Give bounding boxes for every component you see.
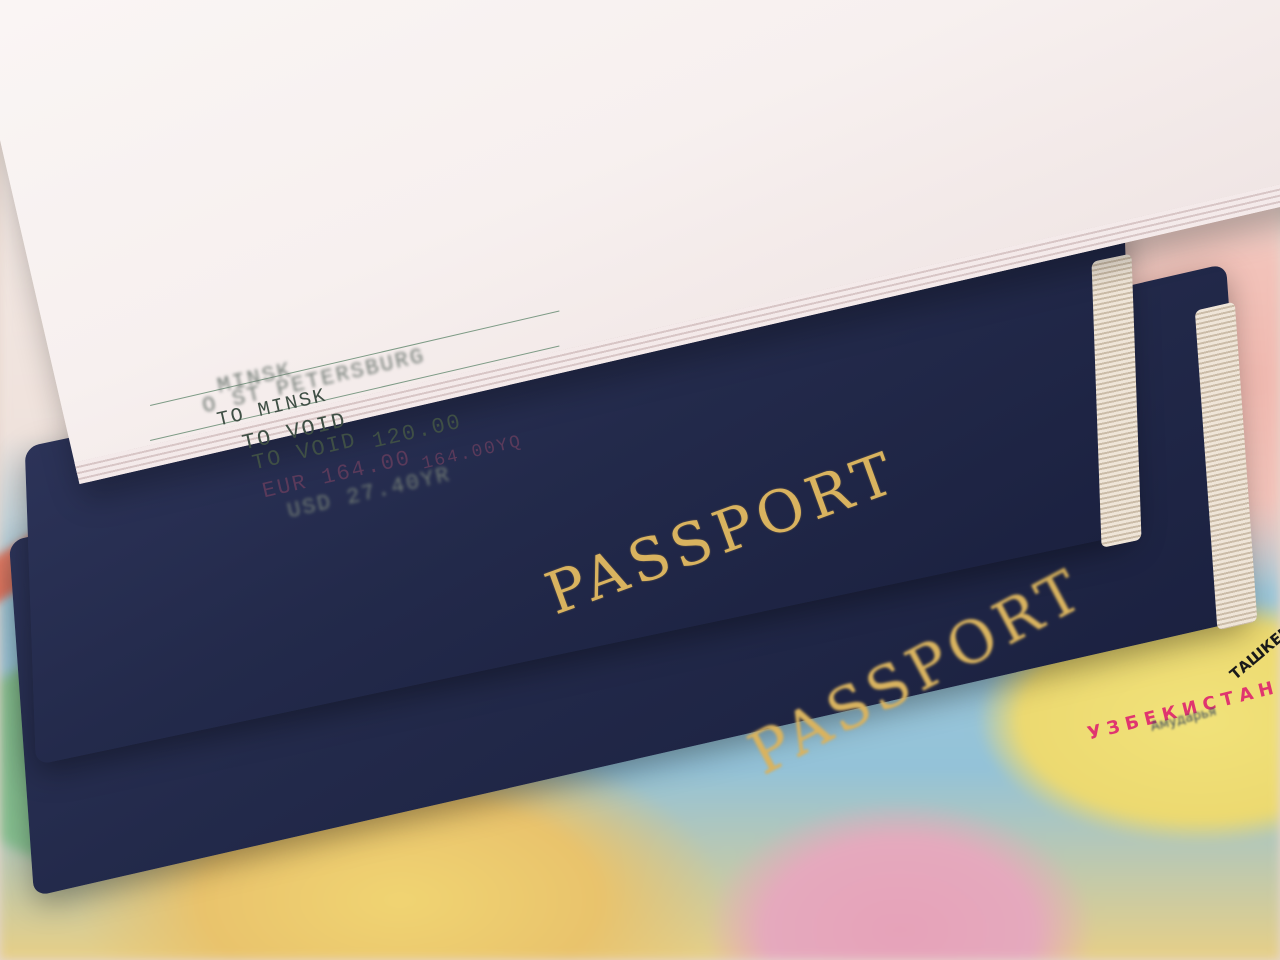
photo-scene: Фарерские о-ва (Дан.) Шетландские о-ва (… <box>0 0 1280 960</box>
